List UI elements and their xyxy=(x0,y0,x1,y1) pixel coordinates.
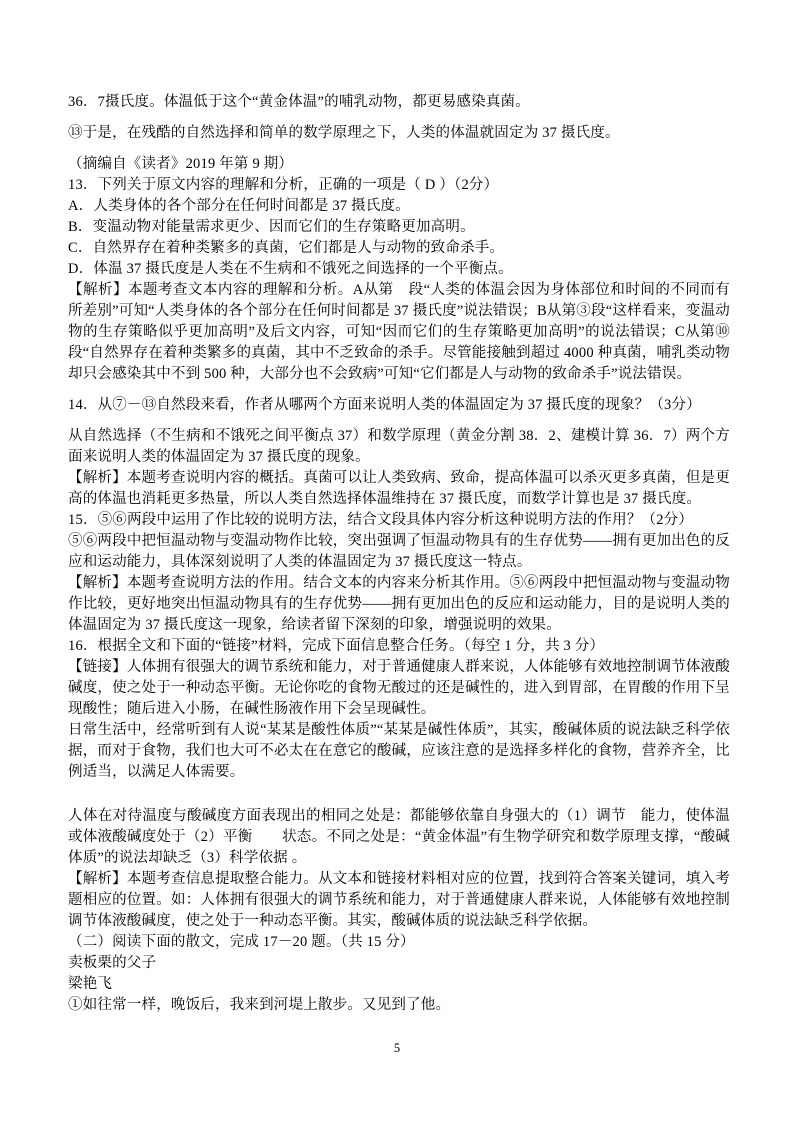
section-2-heading: （二）阅读下面的散文，完成 17－20 题。（共 15 分） xyxy=(68,932,730,953)
question-13: 13．下列关于原文内容的理解和分析，正确的一项是（ D ）（2分） xyxy=(68,175,730,196)
article-paragraph-golden-temp: 36．7摄氏度。体温低于这个“黄金体温”的哺乳动物，都更易感染真菌。 xyxy=(68,92,730,113)
question-13-option-d: D．体温 37 摄氏度是人类在不生病和不饿死之间选择的一个平衡点。 xyxy=(68,259,730,280)
analysis-13: 【解析】本题考查文本内容的理解和分析。A从第 段“人类的体温会因为身体部位和时间… xyxy=(68,280,730,385)
document-page: 36．7摄氏度。体温低于这个“黄金体温”的哺乳动物，都更易感染真菌。 ⑬于是，在… xyxy=(68,92,730,1016)
source-attribution: （摘编自《读者》2019 年第 9 期） xyxy=(68,154,730,175)
link-material-paragraph-2: 日常生活中，经常听到有人说“某某是酸性体质”“某某是碱性体质”，其实，酸碱体质的… xyxy=(68,720,730,783)
question-15: 15．⑤⑥两段中运用了作比较的说明方法，结合文段具体内容分析这种说明方法的作用？… xyxy=(68,510,730,531)
analysis-14: 【解析】本题考查说明内容的概括。真菌可以让人类致病、致命，提高体温可以杀灭更多真… xyxy=(68,468,730,510)
question-13-option-c: C．自然界存在着种类繁多的真菌，它们都是人与动物的致命杀手。 xyxy=(68,238,730,259)
answer-16: 人体在对待温度与酸碱度方面表现出的相同之处是：都能够依靠自身强大的（1）调节 能… xyxy=(68,806,730,869)
question-13-option-b: B．变温动物对能量需求更少、因而它们的生存策略更加高明。 xyxy=(68,217,730,238)
question-13-option-a: A．人类身体的各个部分在任何时间都是 37 摄氏度。 xyxy=(68,196,730,217)
link-material-paragraph-1: 【链接】人体拥有很强大的调节系统和能力，对于普通健康人群来说，人体能够有效地控制… xyxy=(68,657,730,720)
question-16: 16．根据全文和下面的“链接”材料，完成下面信息整合任务。（每空 1 分，共 3… xyxy=(68,636,730,657)
question-14: 14．从⑦－⑬自然段来看，作者从哪两个方面来说明人类的体温固定为 37 摄氏度的… xyxy=(68,395,730,416)
article-paragraph-13: ⑬于是，在残酷的自然选择和简单的数学原理之下，人类的体温就固定为 37 摄氏度。 xyxy=(68,123,730,144)
page-number: 5 xyxy=(0,1040,794,1056)
answer-15: ⑤⑥两段中把恒温动物与变温动物作比较，突出强调了恒温动物具有的生存优势——拥有更… xyxy=(68,531,730,573)
analysis-16: 【解析】本题考查信息提取整合能力。从文本和链接材料相对应的位置，找到符合答案关键… xyxy=(68,869,730,932)
essay-title: 卖板栗的父子 xyxy=(68,953,730,974)
analysis-15: 【解析】本题考查说明方法的作用。结合文本的内容来分析其作用。⑤⑥两段中把恒温动物… xyxy=(68,573,730,636)
essay-paragraph-1: ①如往常一样，晚饭后，我来到河堤上散步。又见到了他。 xyxy=(68,995,730,1016)
essay-author: 梁艳飞 xyxy=(68,974,730,995)
answer-14: 从自然选择（不生病和不饿死之间平衡点 37）和数学原理（黄金分割 38．2、建模… xyxy=(68,426,730,468)
